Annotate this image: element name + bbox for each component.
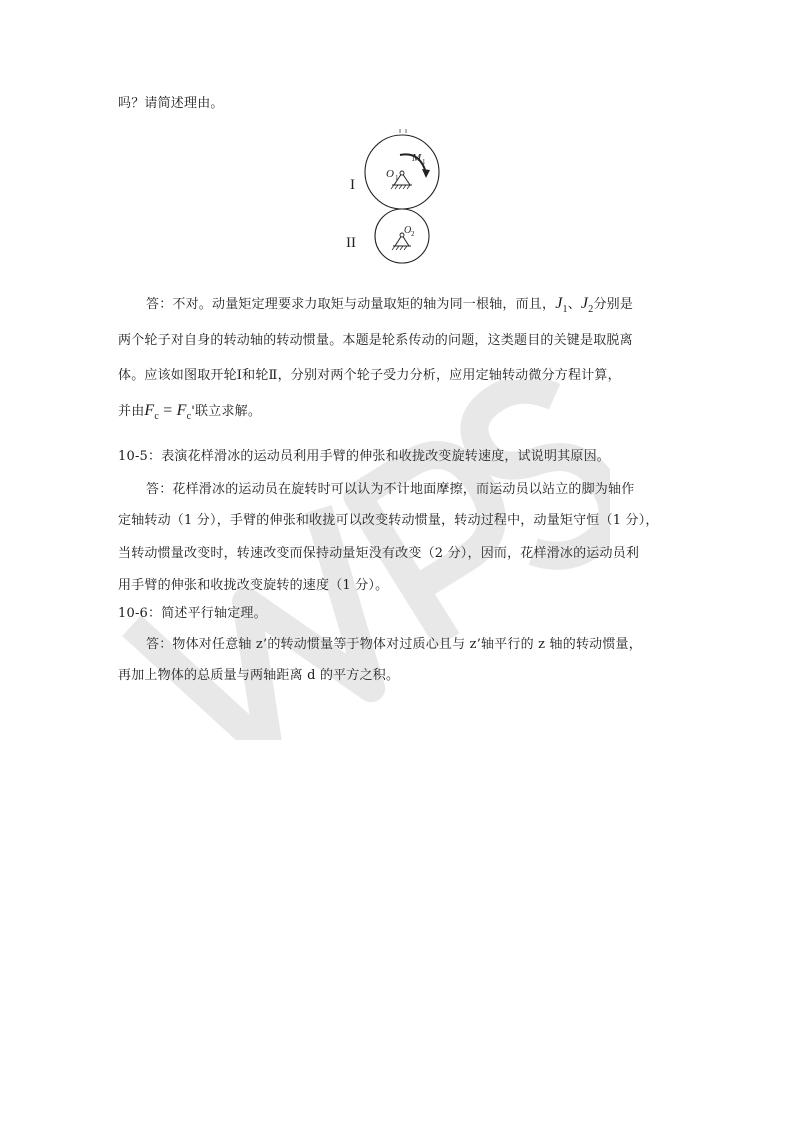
question-10-6: 10-6：简述平行轴定理。 [118,605,267,623]
svg-text:2: 2 [411,230,415,238]
gear-diagram-icon: I II O 1 M 1 O 2 [340,125,450,270]
answer-10-4-line-1: 答：不对。动量矩定理要求力取矩与动量取矩的轴为同一根轴，而且，J1、J2分别是 [146,295,633,319]
symbol-Fc-prime: Fc [177,402,192,419]
answer-10-4-line-2: 两个轮子对自身的转动轴的转动惯量。本题是轮系传动的问题，这类题目的关键是取脱离 [118,332,633,350]
gear-train-figure: I II O 1 M 1 O 2 [340,125,450,270]
answer-10-5-line-2: 定轴转动（1 分），手臂的伸张和收拢可以改变转动惯量，转动过程中，动量矩守恒（1… [118,512,659,530]
symbol-Fc: Fc [144,402,159,419]
question-10-5: 10-5：表演花样滑冰的运动员利用手臂的伸张和收拢改变旋转速度，试说明其原因。 [118,448,610,466]
answer-10-5-line-1: 答：花样滑冰的运动员在旋转时可以认为不计地面摩擦，而运动员以站立的脚为轴作 [146,481,634,499]
svg-text:M: M [411,152,422,164]
svg-text:O: O [386,168,394,180]
answer-10-5-line-3: 当转动惯量改变时，转速改变而保持动量矩没有改变（2 分），因而，花样滑冰的运动员… [118,545,639,563]
answer-10-4-line-3: 体。应该如图取开轮Ⅰ和轮Ⅱ，分别对两个轮子受力分析，应用定轴转动微分方程计算， [118,367,621,385]
svg-text:II: II [346,235,356,251]
answer-10-6-line-2: 再加上物体的总质量与两轴距离 d 的平方之积。 [118,667,399,685]
answer-10-6-line-1: 答：物体对任意轴 z’的转动惯量等于物体对过质心且与 z’轴平行的 z 轴的转动… [146,636,642,654]
document-page: 吗？请简述理由。 [0,0,793,1122]
symbol-J1: J1 [555,295,568,312]
answer-10-5-line-4: 用手臂的伸张和收拢改变旋转的速度（1 分）。 [118,577,388,595]
svg-text:1: 1 [395,174,399,182]
symbol-J2: J2 [581,295,594,312]
svg-text:I: I [350,177,355,193]
answer-10-4-line-4: 并由Fc = Fc'联立求解。 [118,402,261,426]
question-tail: 吗？请简述理由。 [118,95,224,113]
svg-text:1: 1 [422,158,426,166]
